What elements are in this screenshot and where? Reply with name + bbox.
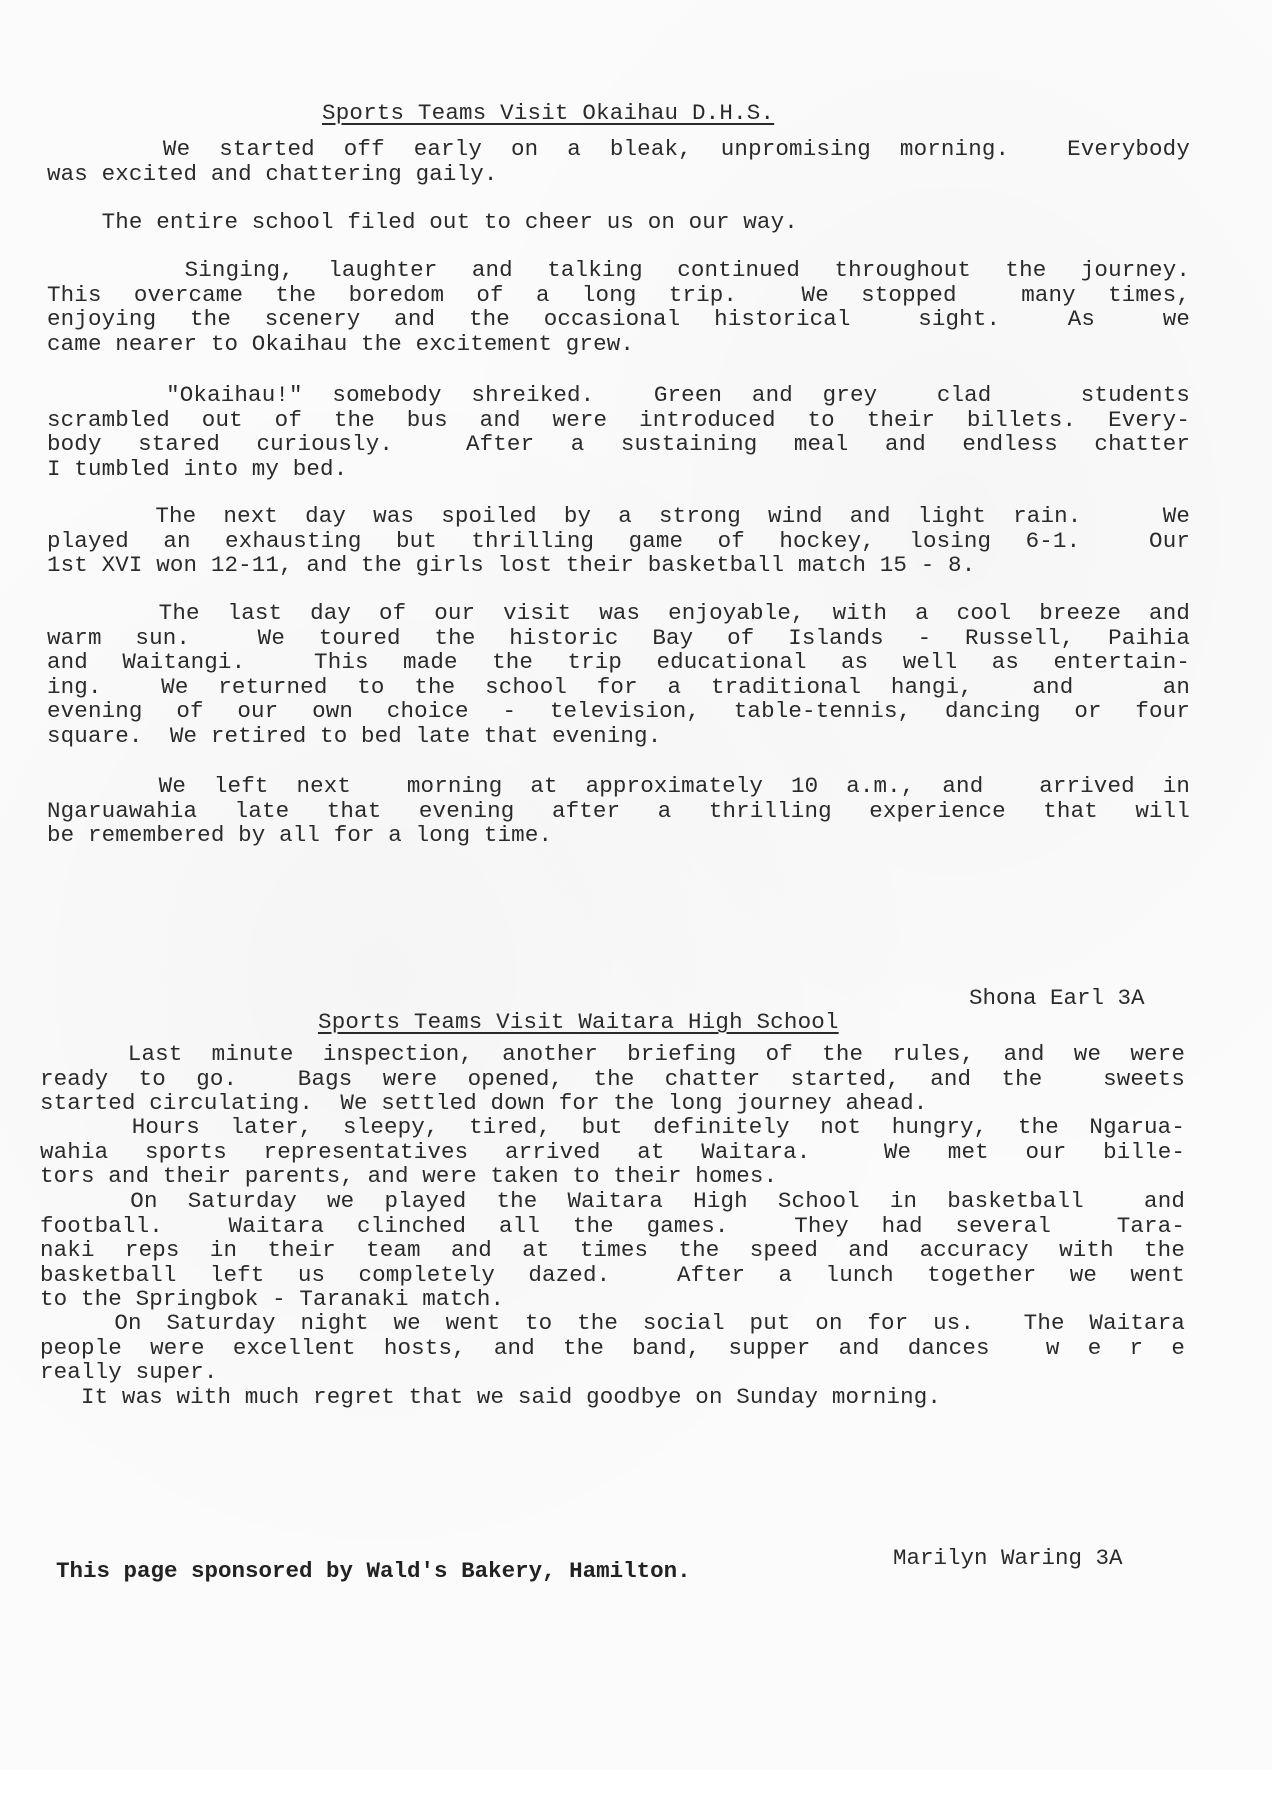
- paragraph: Hours later, sleepy, tired, but definite…: [40, 1115, 1185, 1189]
- paragraph: It was with much regret that we said goo…: [40, 1385, 1185, 1410]
- sponsor-note: This page sponsored by Wald's Bakery, Ha…: [56, 1558, 691, 1584]
- text-line: ready to go. Bags were opened, the chatt…: [40, 1067, 1185, 1092]
- text-line: enjoying the scenery and the occasional …: [47, 307, 1190, 332]
- text-line: ing. We returned to the school for a tra…: [47, 675, 1190, 700]
- text-line: Singing, laughter and talking continued …: [47, 258, 1190, 283]
- page-bottom-margin: [0, 1770, 1272, 1800]
- paragraph: Singing, laughter and talking continued …: [47, 258, 1190, 356]
- text-line: This overcame the boredom of a long trip…: [47, 283, 1190, 308]
- text-line: and Waitangi. This made the trip educati…: [47, 650, 1190, 675]
- text-line: Last minute inspection, another briefing…: [40, 1042, 1185, 1067]
- author-signature-marilyn-waring: Marilyn Waring 3A: [893, 1545, 1123, 1571]
- text-line: people were excellent hosts, and the ban…: [40, 1336, 1185, 1361]
- text-line: We started off early on a bleak, unpromi…: [47, 137, 1190, 162]
- text-line: to the Springbok - Taranaki match.: [40, 1287, 1185, 1312]
- paragraph: The entire school filed out to cheer us …: [47, 210, 1190, 235]
- text-line: be remembered by all for a long time.: [47, 823, 1190, 848]
- paragraph: On Saturday night we went to the social …: [40, 1311, 1185, 1385]
- text-line: Hours later, sleepy, tired, but definite…: [40, 1115, 1185, 1140]
- text-line: warm sun. We toured the historic Bay of …: [47, 626, 1190, 651]
- text-line: The next day was spoiled by a strong win…: [47, 504, 1190, 529]
- paragraph: The next day was spoiled by a strong win…: [47, 504, 1190, 578]
- text-line: came nearer to Okaihau the excitement gr…: [47, 332, 1190, 357]
- text-line: 1st XVI won 12-11, and the girls lost th…: [47, 553, 1190, 578]
- text-line: started circulating. We settled down for…: [40, 1091, 1185, 1116]
- text-line: Ngaruawahia late that evening after a th…: [47, 799, 1190, 824]
- text-line: played an exhausting but thrilling game …: [47, 529, 1190, 554]
- text-line: square. We retired to bed late that even…: [47, 724, 1190, 749]
- paragraph: "Okaihau!" somebody shreiked. Green and …: [47, 383, 1190, 481]
- text-line: On Saturday we played the Waitara High S…: [40, 1189, 1185, 1214]
- text-line: really super.: [40, 1360, 1185, 1385]
- text-line: The entire school filed out to cheer us …: [47, 210, 1190, 235]
- text-line: I tumbled into my bed.: [47, 457, 1190, 482]
- text-line: On Saturday night we went to the social …: [40, 1311, 1185, 1336]
- text-line: We left next morning at approximately 10…: [47, 774, 1190, 799]
- page: Sports Teams Visit Okaihau D.H.S. We sta…: [0, 0, 1272, 1770]
- text-line: body stared curiously. After a sustainin…: [47, 432, 1190, 457]
- section-title-okaihau: Sports Teams Visit Okaihau D.H.S.: [322, 100, 882, 126]
- text-line: wahia sports representatives arrived at …: [40, 1140, 1185, 1165]
- text-line: It was with much regret that we said goo…: [40, 1385, 1185, 1410]
- text-line: The last day of our visit was enjoyable,…: [47, 601, 1190, 626]
- paragraph: Last minute inspection, another briefing…: [40, 1042, 1185, 1116]
- paragraph: The last day of our visit was enjoyable,…: [47, 601, 1190, 749]
- section-title-waitara: Sports Teams Visit Waitara High School: [318, 1009, 968, 1035]
- text-line: naki reps in their team and at times the…: [40, 1238, 1185, 1263]
- text-line: tors and their parents, and were taken t…: [40, 1164, 1185, 1189]
- author-signature-shona-earl: Shona Earl 3A: [969, 985, 1145, 1011]
- paragraph: We started off early on a bleak, unpromi…: [47, 137, 1190, 186]
- text-line: evening of our own choice - television, …: [47, 699, 1190, 724]
- text-line: basketball left us completely dazed. Aft…: [40, 1263, 1185, 1288]
- text-line: was excited and chattering gaily.: [47, 162, 1190, 187]
- text-line: scrambled out of the bus and were introd…: [47, 408, 1190, 433]
- text-line: football. Waitara clinched all the games…: [40, 1214, 1185, 1239]
- paragraph: We left next morning at approximately 10…: [47, 774, 1190, 848]
- text-line: "Okaihau!" somebody shreiked. Green and …: [47, 383, 1190, 408]
- paragraph: On Saturday we played the Waitara High S…: [40, 1189, 1185, 1312]
